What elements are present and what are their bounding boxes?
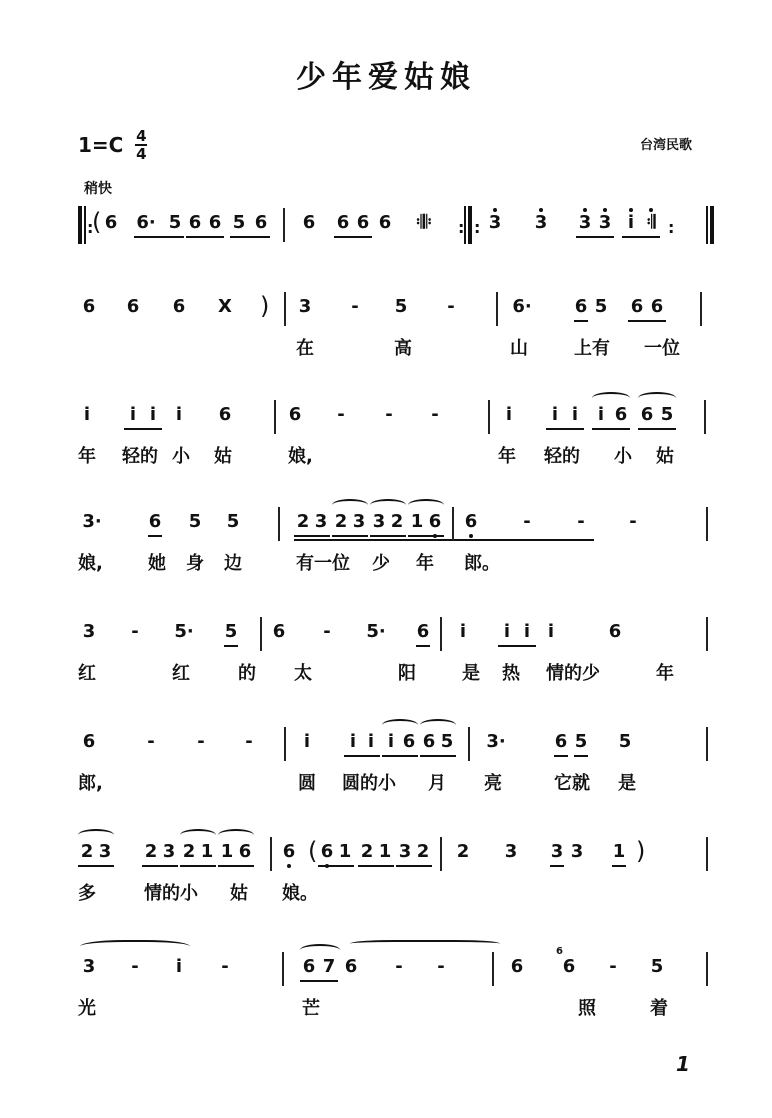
score-line-3: i i i i 6 6 - - - i i i i 6 6 5 年 轻的 小 姑…: [78, 398, 718, 478]
score-line-4: 3· 6 5 5 2 3 2 3 3 2 1 6 6 - - - 娘, 她 身 …: [78, 505, 718, 585]
song-title: 少年爱姑娘: [0, 52, 772, 96]
repeat-barline: [464, 206, 472, 244]
lyrics: 在 高 山 上有 一位: [78, 334, 718, 364]
score-line-2: 6 6 6 X ) 3 - 5 - 6· 6 5 6 6 在 高 山 上有 一位: [78, 290, 718, 370]
score-line-1: : ( 6 6· 5 6 6 5 6 6 6 6 6 𝄇𝄆 : : 3 3 3 …: [78, 206, 718, 286]
repeat-end-barline: [706, 206, 714, 244]
score-line-6: 6 - - - i i i i 6 6 5 3· 6 5 5 郎, 圆 圆的小 …: [78, 725, 718, 805]
page-number: 1: [676, 1052, 690, 1076]
tempo-marking: 稍快: [84, 178, 112, 198]
barline: [283, 208, 285, 242]
score-line-8: 3 - i - 6 7 6 - - 6 6 6 - 5 光 芒 照 着: [78, 950, 718, 1030]
key-signature: 1=C 4 4: [78, 128, 147, 162]
song-source: 台湾民歌: [640, 134, 692, 153]
repeat-start-barline: [78, 206, 86, 244]
score-line-5: 3 - 5· 5 6 - 5· 6 i i i i 6 红 红 的 太 阳 是 …: [78, 615, 718, 695]
key-label: 1=C: [78, 133, 123, 157]
notes: : ( 6 6· 5 6 6 5 6 6 6 6 6 𝄇𝄆 : : 3 3 3 …: [78, 206, 718, 246]
score-line-7: 2 3 2 3 2 1 1 6 6 ( 6 1 2 1 3 2 2 3 3 3 …: [78, 835, 718, 915]
time-signature: 4 4: [135, 128, 147, 162]
